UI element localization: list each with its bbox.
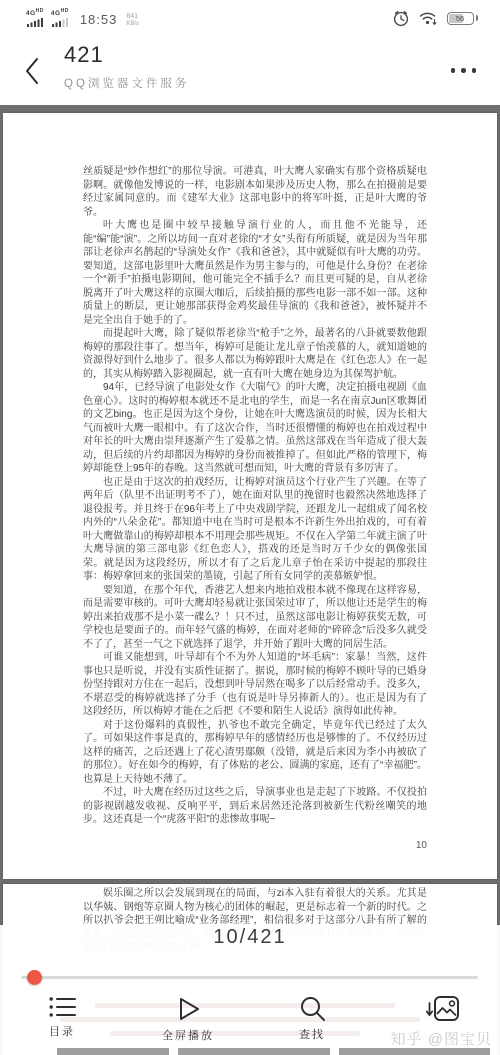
page-title: 421 [64, 42, 189, 68]
signal-indicator-2: 4GHD [51, 9, 69, 28]
export-image-icon [426, 995, 460, 1025]
reader-area: 丝质疑是“炒作想红”的那位导演。可港真，叶大鹰人家确实有那个资格质疑电影啊。就像… [0, 105, 500, 1055]
paragraph: 叶大鹰也是圈中较早接触导演行业的人，而且他不光能导，还能“编”能“演”。之所以坊… [83, 219, 427, 327]
battery-percent: 56 [448, 14, 473, 23]
battery-icon: 56 [447, 12, 479, 25]
bottom-sheet: 10/421 目录 [0, 925, 500, 1055]
paragraph: 可谁又能想到，叶导却有个不为外人知道的“坏毛病”：家暴！当然，这件事也只是听说，… [83, 651, 427, 719]
paragraph: 不过，叶大鹰在经历过这些之后，导演事业也是走起了下坡路。不仅投拍的影视剧越发收视… [83, 786, 427, 827]
ellipsis-dot [451, 68, 456, 73]
watermark-label: 知乎 @图宝贝 [391, 1028, 492, 1049]
slider-thumb[interactable] [27, 970, 42, 985]
ellipsis-dot [472, 68, 477, 73]
status-right-group: 56 [392, 9, 479, 27]
search-button[interactable]: 查找 [286, 995, 338, 1042]
page-10-text: 丝质疑是“炒作想红”的那位导演。可港真，叶大鹰人家确实有那个资格质疑电影啊。就像… [83, 165, 427, 852]
search-label: 查找 [299, 1026, 325, 1042]
fullscreen-play-button[interactable]: 全屏播放 [148, 995, 228, 1043]
signal-bars-icon [52, 18, 68, 27]
wifi-icon [419, 10, 438, 26]
bottom-gray-bar [178, 1048, 330, 1055]
paragraph: 而提起叶大鹰，除了疑似帮老徐当“枪手”之外，最著名的八卦就要数他跟梅婷的那段往事… [83, 327, 427, 381]
battery-cap [476, 15, 479, 21]
page-indicator: 10/421 [0, 926, 500, 949]
paragraph: 丝质疑是“炒作想红”的那位导演。可港真，叶大鹰人家确实有那个资格质疑电影啊。就像… [83, 165, 427, 219]
title-block: 421 QQ浏览器文件服务 [64, 42, 189, 91]
paragraph: 94年，已经导演了电影处女作《大喘气》的叶大鹰，决定拍摄电视剧《血色童心》。这时… [83, 381, 427, 476]
play-icon [174, 995, 202, 1023]
page-number-label: 10 [83, 839, 427, 853]
progress-slider[interactable] [0, 965, 500, 989]
bottom-gray-bar [339, 1048, 490, 1055]
app-subtitle: QQ浏览器文件服务 [64, 75, 189, 91]
app-screen: 4GHD 4GHD 18:53 841 KB/s [0, 0, 500, 1055]
network-speed: 841 KB/s [126, 13, 139, 27]
bottom-gray-bar [57, 1048, 169, 1055]
alarm-clock-icon [392, 9, 410, 27]
paragraph-list: 丝质疑是“炒作想红”的那位导演。可港真，叶大鹰人家确实有那个资格质疑电影啊。就像… [83, 165, 427, 827]
network-type-label: 4GHD [26, 9, 44, 18]
more-menu-button[interactable] [451, 68, 477, 73]
search-icon [299, 995, 326, 1022]
back-chevron-icon [24, 57, 40, 85]
network-type-label: 4GHD [51, 9, 69, 18]
document-page-10[interactable]: 丝质疑是“炒作想红”的那位导演。可港真，叶大鹰人家确实有那个资格质疑电影啊。就像… [3, 113, 497, 879]
bottom-gray-bars [57, 1048, 490, 1055]
paragraph: 也正是由于这次的拍戏经历，让梅婷对演员这个行业产生了兴趣。在等了两年后（队里不出… [83, 476, 427, 584]
toc-icon [49, 995, 76, 1019]
paragraph: 要知道，在那个年代，香港艺人想来内地拍戏根本就不像现在这样容易，而是需要审核的。… [83, 584, 427, 652]
signal-indicator-1: 4GHD [26, 9, 44, 28]
status-left-group: 4GHD 4GHD 18:53 841 KB/s [26, 9, 139, 28]
ellipsis-dot [461, 68, 466, 73]
toc-label: 目录 [49, 1023, 75, 1039]
toc-button[interactable]: 目录 [38, 995, 86, 1039]
fullscreen-play-label: 全屏播放 [162, 1027, 214, 1043]
signal-bars-icon [27, 18, 43, 27]
header: 421 QQ浏览器文件服务 [0, 36, 500, 105]
paragraph: 对于这份爆料的真假性，扒爷也不敢完全确定，毕竟年代已经过了太久了。可如果这件事是… [83, 719, 427, 787]
slider-track[interactable] [21, 976, 478, 979]
status-bar: 4GHD 4GHD 18:53 841 KB/s [0, 0, 500, 36]
clock-time: 18:53 [80, 12, 118, 27]
back-button[interactable] [24, 54, 50, 88]
export-image-button[interactable] [414, 995, 472, 1025]
